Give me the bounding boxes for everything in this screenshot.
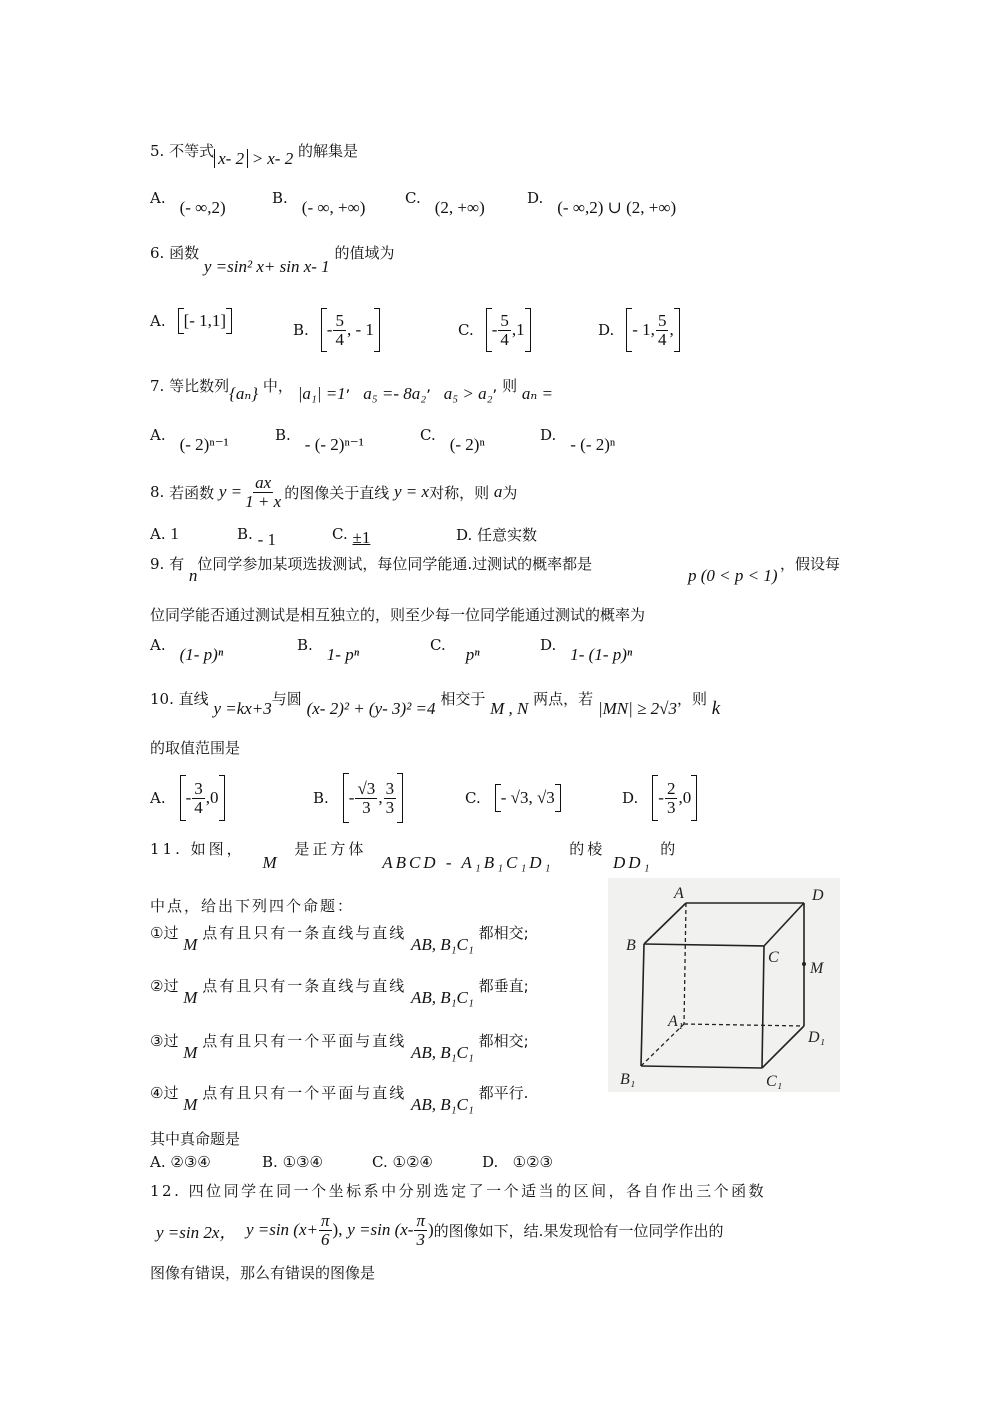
q8-option-b[interactable]: B. - 1 — [237, 524, 276, 544]
stem-text: 都平行. — [479, 1084, 529, 1102]
numerator: π — [414, 1212, 427, 1231]
denominator: 3 — [384, 799, 397, 817]
math-part: ,0 — [206, 788, 219, 808]
option-label: C. — [405, 189, 421, 207]
denominator: 4 — [498, 331, 511, 349]
prop-mark: ③过 — [150, 1032, 178, 1050]
q8-option-c[interactable]: C. ±1 — [332, 524, 370, 544]
math-function-3: y =sin (x- — [347, 1220, 413, 1240]
question-10-stem: 10. 直线 y =kx+3与圆 (x- 2)² + (y- 3)² =4 相交… — [150, 688, 720, 710]
math-variable: M — [183, 935, 197, 954]
option-label: C. — [372, 1153, 388, 1171]
math-edge: DD₁ — [613, 853, 652, 872]
q11-option-a[interactable]: A. ②③④ — [150, 1153, 211, 1171]
q11-option-c[interactable]: C. ①②④ — [372, 1153, 433, 1171]
denominator: 6 — [319, 1231, 332, 1249]
cube-figure: A D B C M A₁ D₁ B₁ C₁ — [608, 878, 840, 1092]
option-label: B. — [275, 426, 291, 444]
option-label: D. — [482, 1153, 498, 1171]
question-number: 6. — [150, 244, 164, 262]
option-value: pⁿ — [466, 645, 480, 664]
stem-text: 都相交; — [479, 924, 529, 942]
q10-option-c[interactable]: C.- √3, √3 — [465, 784, 561, 812]
option-label: D. — [598, 321, 614, 339]
question-6-stem: 6. 函数 y =sin² x+ sin x- 1 的值域为 — [150, 242, 394, 263]
option-value: - 34,0 — [180, 775, 225, 821]
q7-option-d[interactable]: D.- (- 2)ⁿ — [540, 425, 615, 445]
stem-text: 有 — [169, 555, 184, 573]
stem-text: 对称，则 — [429, 482, 489, 503]
stem-text: 函数 — [169, 244, 199, 262]
option-value: (- ∞,2) — [180, 198, 226, 217]
option-value: - (- 2)ⁿ⁻¹ — [305, 435, 364, 454]
option-value: ②③④ — [170, 1153, 210, 1171]
math-part: - — [186, 788, 192, 808]
stem-text: 点有且只有一条直线与直线 — [202, 924, 406, 942]
q9-condition: p (0 < p < 1) — [688, 566, 778, 586]
vertex-label-a: A — [673, 885, 684, 902]
option-label: A. — [150, 1153, 166, 1171]
option-value: 1- (1- p)ⁿ — [570, 645, 632, 664]
stem-text: 四位同学在同一个坐标系中分别选定了一个适当的区间，各自作出三个函数 — [189, 1182, 767, 1200]
option-label: C. — [332, 525, 348, 543]
math-part: ,0 — [678, 788, 691, 808]
stem-text: 的值域为 — [334, 244, 394, 262]
math-variable: k — [712, 698, 720, 719]
q9-stem-line2: 位同学能否通过测试是相互独立的，则至少每一位同学能通过测试的概率为 — [150, 604, 645, 625]
option-label: C. — [420, 426, 436, 444]
math-part: - — [658, 788, 664, 808]
question-11-stem: 11. 如图， M 是正方体 ABCD - A₁B₁C₁D₁ 的棱 DD₁ 的 — [150, 838, 678, 859]
q9-option-d[interactable]: D.1- (1- p)ⁿ — [540, 635, 632, 655]
q10-option-b[interactable]: B.- √33,33 — [313, 773, 403, 823]
vertex-label-c: C — [768, 949, 779, 966]
math-variable: M — [183, 1043, 197, 1062]
math-variable: M — [183, 988, 197, 1007]
stem-text: 的图像关于直线 — [284, 482, 389, 503]
math-expression: y =kx+3 — [213, 699, 271, 718]
denominator: 3 — [360, 799, 373, 817]
math-variable: n — [189, 566, 198, 585]
math-part: , — [378, 788, 382, 808]
math-condition: p (0 < p < 1) — [688, 566, 778, 585]
option-value: [- 1,1] — [178, 308, 232, 334]
option-value: 1- pⁿ — [327, 645, 359, 664]
option-label: C. — [465, 789, 481, 807]
math-expression: y =sin² x+ sin x- 1 — [204, 257, 330, 276]
q7-option-b[interactable]: B.- (- 2)ⁿ⁻¹ — [275, 425, 364, 445]
numerator: 5 — [656, 312, 669, 331]
option-label: C. — [458, 321, 474, 339]
stem-text: 中， — [263, 377, 293, 395]
option-label: A. — [150, 312, 166, 330]
stem-text: 如图， — [191, 840, 245, 858]
question-number: 5. — [150, 142, 164, 160]
option-label: B. — [237, 525, 253, 543]
q9-option-c[interactable]: C.pⁿ — [430, 635, 480, 655]
numerator: π — [319, 1212, 332, 1231]
stem-text: 的 — [660, 840, 678, 858]
option-value: ①②③ — [513, 1153, 553, 1171]
stem-text: 位同学参加某项选拔测试，每位同学能通.过测试的概率都是 — [197, 555, 592, 573]
numerator: 5 — [498, 312, 511, 331]
question-number: 11. — [150, 840, 183, 858]
q12-stem-line3: 图像有错误，那么有错误的图像是 — [150, 1262, 375, 1283]
question-5-stem: 5. 不等式x- 2 > x- 2 的解集是 — [150, 140, 358, 161]
q10-option-a[interactable]: A.- 34,0 — [150, 775, 225, 821]
option-value: - 54,1 — [486, 308, 531, 352]
q11-proposition-4: ④过 M 点有且只有一个平面与直线 AB, B₁C₁ 都平行. — [150, 1082, 528, 1103]
option-value: - 1 — [258, 530, 276, 549]
vertex-label-a1: A₁ — [667, 1013, 683, 1030]
stem-text: 则 — [502, 377, 517, 395]
stem-text: 直线 — [179, 690, 209, 708]
q11-option-b[interactable]: B. ①③④ — [262, 1153, 323, 1171]
vertex-label-c1: C₁ — [766, 1073, 782, 1090]
fraction: √33 — [355, 780, 377, 817]
option-label: B. — [293, 321, 309, 339]
q12-functions-line: y =sin 2x， y =sin (x+π6), y =sin (x- π3)… — [156, 1212, 723, 1249]
stem-text: 的解集是 — [298, 142, 358, 160]
option-label: D. — [540, 426, 556, 444]
numerator: √3 — [355, 780, 377, 799]
math-condition: a₅ > a₂ — [444, 384, 493, 403]
math-part: , — [669, 320, 673, 340]
stem-text: 等比数列 — [169, 377, 229, 395]
option-label: D. — [527, 189, 543, 207]
question-number: 12. — [150, 1182, 181, 1200]
denominator: 4 — [192, 799, 205, 817]
numerator: 3 — [384, 780, 397, 799]
option-label: D. — [456, 526, 472, 544]
math-lines: AB, B₁C₁ — [411, 1043, 474, 1062]
q9-stem-end: ，假设每 — [780, 553, 840, 574]
stem-text: 中点，给出下列四个命题： — [150, 897, 354, 915]
option-value: - √3, √3 — [495, 784, 561, 812]
fraction: π3 — [414, 1212, 427, 1249]
option-value: (- ∞, +∞) — [302, 198, 366, 217]
stem-text: 相交于 — [440, 690, 485, 708]
math-condition: a₅ =- 8a₂ — [363, 384, 426, 403]
option-label: A. — [150, 636, 166, 654]
q6-option-b[interactable]: B.- 54, - 1 — [293, 308, 380, 352]
math-expression: aₙ = — [522, 384, 553, 403]
option-value: ①③④ — [283, 1153, 323, 1171]
option-label: D. — [540, 636, 556, 654]
fraction: ax1 + x — [243, 474, 283, 511]
question-8-stem: 8. 若函数 y = ax1 + x 的图像关于直线 y = x 对称，则 a … — [150, 474, 517, 511]
option-label: B. — [297, 636, 313, 654]
stem-text: 的棱 — [569, 840, 605, 858]
math-part: ), — [333, 1220, 343, 1240]
math-part: - 1, — [632, 320, 655, 340]
q7-option-a[interactable]: A.(- 2)ⁿ⁻¹ — [150, 425, 229, 445]
option-label: B. — [272, 189, 288, 207]
numerator: 3 — [192, 780, 205, 799]
cube-diagram: A D B C M A₁ D₁ B₁ C₁ — [608, 878, 840, 1092]
q8-option-d[interactable]: D. 任意实数 — [456, 524, 537, 545]
q7-option-c[interactable]: C.(- 2)ⁿ — [420, 425, 485, 445]
option-value: (2, +∞) — [435, 198, 485, 217]
q11-proposition-3: ③过 M 点有且只有一个平面与直线 AB, B₁C₁ 都相交; — [150, 1030, 529, 1051]
fraction: 54 — [333, 312, 346, 349]
q8-option-a[interactable]: A. 1 — [150, 524, 179, 544]
option-value: (- 2)ⁿ⁻¹ — [180, 435, 229, 454]
stem-text: 与圆 — [272, 690, 302, 708]
q11-stem-line2: 中点，给出下列四个命题： — [150, 895, 354, 916]
stem-text: 若函数 — [169, 482, 214, 503]
math-abs-expression: x- 2 — [214, 149, 248, 168]
numerator: 2 — [665, 780, 678, 799]
midpoint-m — [802, 962, 806, 966]
stem-text: 为 — [502, 482, 517, 503]
stem-text: 点有且只有一个平面与直线 — [202, 1084, 406, 1102]
q6-option-d[interactable]: D.- 1,54, — [598, 308, 680, 352]
prop-mark: ④过 — [150, 1084, 178, 1102]
stem-text: 是正方体 — [294, 840, 366, 858]
math-part: - — [327, 320, 333, 340]
option-label: A. — [150, 789, 166, 807]
math-function-2: y =sin (x+ — [246, 1220, 318, 1240]
numerator: 5 — [333, 312, 346, 331]
numerator: ax — [253, 474, 273, 493]
denominator: 1 + x — [243, 493, 283, 511]
option-value: - 54, - 1 — [321, 308, 380, 352]
option-value: - 23,0 — [652, 775, 697, 821]
q10-stem-line2: 的取值范围是 — [150, 737, 240, 758]
prop-mark: ①过 — [150, 924, 178, 942]
prop-mark: ②过 — [150, 977, 178, 995]
stem-text: 点有且只有一个平面与直线 — [202, 1032, 406, 1050]
fraction: 33 — [384, 780, 397, 817]
q5-option-a[interactable]: A.(- ∞,2) — [150, 188, 226, 208]
stem-text: 都垂直; — [479, 977, 529, 995]
math-cube-name: ABCD - A₁B₁C₁D₁ — [382, 853, 553, 872]
math-variable: M — [262, 853, 276, 872]
math-part: - — [349, 788, 355, 808]
option-label: A. — [150, 525, 166, 543]
q5-option-b[interactable]: B.(- ∞, +∞) — [272, 188, 365, 208]
vertex-label-m: M — [809, 960, 825, 977]
option-label: A. — [150, 189, 166, 207]
fraction: 54 — [656, 312, 669, 349]
fraction: 34 — [192, 780, 205, 817]
denominator: 4 — [656, 331, 669, 349]
vertex-label-d1: D₁ — [807, 1029, 825, 1046]
math-variable: a — [494, 482, 503, 502]
q11-option-d[interactable]: D. ①②③ — [482, 1153, 553, 1171]
fraction: π6 — [319, 1212, 332, 1249]
denominator: 3 — [665, 799, 678, 817]
math-condition: |a₁| =1 — [298, 384, 346, 403]
math-condition: |MN| ≥ 2√3 — [598, 699, 677, 718]
option-value: - 1,54, — [626, 308, 679, 352]
vertex-label-b: B — [626, 937, 636, 954]
fraction: 23 — [665, 780, 678, 817]
q6-option-c[interactable]: C.- 54,1 — [458, 308, 531, 352]
q6-option-a[interactable]: A.[- 1,1] — [150, 308, 232, 334]
option-value: ±1 — [353, 528, 371, 547]
option-value: - (- 2)ⁿ — [570, 435, 615, 454]
math-part: , - 1 — [347, 320, 374, 340]
q11-proposition-2: ②过 M 点有且只有一条直线与直线 AB, B₁C₁ 都垂直; — [150, 975, 529, 996]
math-points: M , N — [490, 699, 528, 718]
q10-option-d[interactable]: D.- 23,0 — [622, 775, 697, 821]
question-number: 7. — [150, 377, 164, 395]
question-7-stem: 7. 等比数列{aₙ} 中， |a₁| =1, a₅ =- 8a₂, a₅ > … — [150, 375, 553, 396]
math-sequence: {aₙ} — [229, 384, 258, 403]
option-label: B. — [313, 789, 329, 807]
stem-text: 图像有错误，那么有错误的图像是 — [150, 1264, 375, 1282]
math-lines: AB, B₁C₁ — [411, 988, 474, 1007]
option-value: (- ∞,2) ∪ (2, +∞) — [557, 198, 676, 217]
question-number: 10. — [150, 690, 174, 708]
vertex-label-b1: B₁ — [620, 1071, 635, 1088]
option-label: B. — [262, 1153, 278, 1171]
option-value: (- 2)ⁿ — [450, 435, 485, 454]
vertex-label-d: D — [811, 887, 824, 904]
fraction: 54 — [498, 312, 511, 349]
question-number: 9. — [150, 555, 164, 573]
math-lines: AB, B₁C₁ — [411, 1095, 474, 1114]
q11-question: 其中真命题是 — [150, 1128, 240, 1149]
question-9-stem: 9. 有 n位同学参加某项选拔测试，每位同学能通.过测试的概率都是 — [150, 553, 592, 574]
option-label: C. — [430, 636, 446, 654]
q11-proposition-1: ①过 M 点有且只有一条直线与直线 AB, B₁C₁ 都相交; — [150, 922, 529, 943]
math-expression: (x- 2)² + (y- 3)² =4 — [307, 699, 436, 718]
stem-text: 点有且只有一条直线与直线 — [202, 977, 406, 995]
stem-text: 其中真命题是 — [150, 1130, 240, 1148]
stem-text: ，则 — [677, 690, 707, 708]
denominator: 3 — [414, 1231, 427, 1249]
stem-text: 的取值范围是 — [150, 739, 240, 757]
option-value: (1- p)ⁿ — [180, 645, 224, 664]
q5-option-c[interactable]: C.(2, +∞) — [405, 188, 485, 208]
option-value: 1 — [170, 524, 179, 543]
option-value: ①②④ — [393, 1153, 433, 1171]
math-expression: y = x — [394, 482, 429, 502]
q9-option-b[interactable]: B.1- pⁿ — [297, 635, 359, 655]
stem-text: ，假设每 — [780, 555, 840, 573]
question-number: 8. — [150, 483, 164, 501]
option-label: D. — [622, 789, 638, 807]
option-value: 任意实数 — [477, 526, 537, 544]
q9-option-a[interactable]: A.(1- p)ⁿ — [150, 635, 223, 655]
question-12-stem: 12. 四位同学在同一个坐标系中分别选定了一个适当的区间，各自作出三个函数 — [150, 1180, 766, 1201]
math-part: - — [492, 320, 498, 340]
q5-option-d[interactable]: D.(- ∞,2) ∪ (2, +∞) — [527, 188, 676, 208]
denominator: 4 — [333, 331, 346, 349]
math-expression: y = — [219, 482, 242, 502]
option-label: A. — [150, 426, 166, 444]
math-part: ,1 — [512, 320, 525, 340]
math-expression: x- 2 — [267, 149, 293, 168]
stem-text: 都相交; — [479, 1032, 529, 1050]
math-function-1: y =sin 2x， — [156, 1218, 236, 1243]
stem-text: 位同学能否通过测试是相互独立的，则至少每一位同学能通过测试的概率为 — [150, 606, 645, 624]
stem-text: 的图像如下，结.果发现恰有一位同学作出的 — [434, 1220, 724, 1241]
math-operator: > — [253, 149, 263, 168]
math-lines: AB, B₁C₁ — [411, 935, 474, 954]
math-variable: M — [183, 1095, 197, 1114]
stem-text: 两点，若 — [533, 690, 593, 708]
stem-text: 不等式 — [169, 142, 214, 160]
option-value: - √33,33 — [343, 773, 403, 823]
